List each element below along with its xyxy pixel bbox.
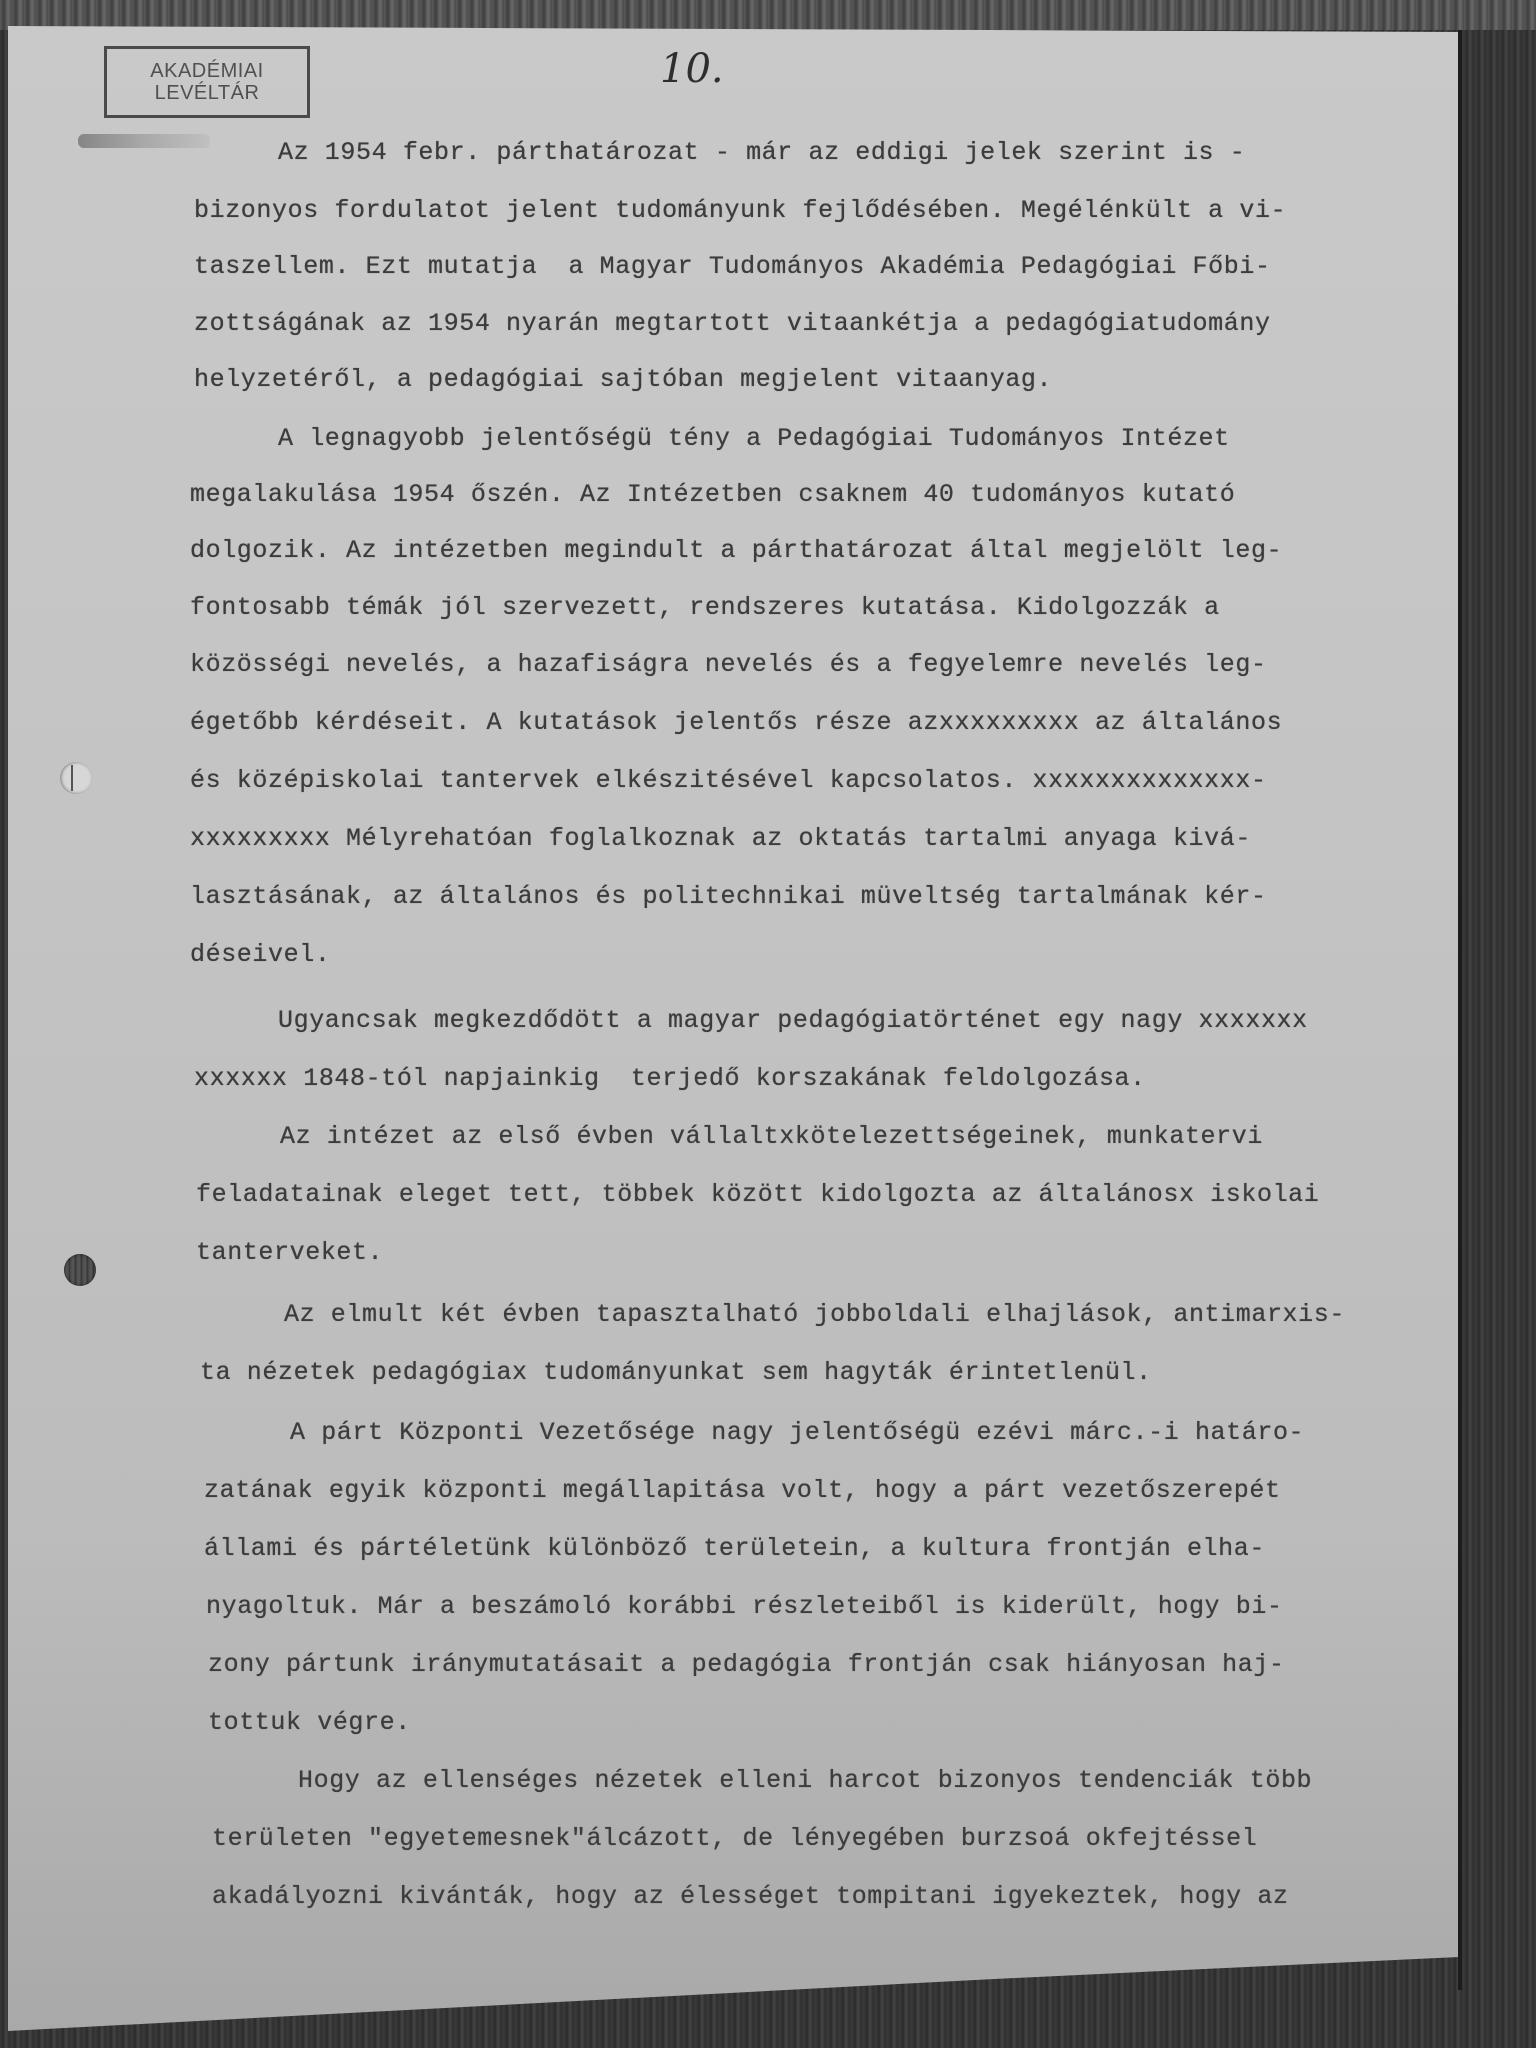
text-line: dolgozik. Az intézetben megindult a párt… bbox=[190, 536, 1282, 565]
text-line: akadályozni kivánták, hogy az élességet … bbox=[212, 1882, 1289, 1911]
text-line: égetőbb kérdéseit. A kutatások jelentős … bbox=[190, 708, 1282, 737]
text-line: déseivel. bbox=[190, 940, 330, 969]
text-line: és középiskolai tantervek elkészitésével… bbox=[190, 766, 1267, 795]
text-line: helyzetéről, a pedagógiai sajtóban megje… bbox=[194, 365, 1052, 394]
text-line: közösségi nevelés, a hazafiságra nevelés… bbox=[190, 650, 1267, 679]
text-line: zottságának az 1954 nyarán megtartott vi… bbox=[194, 309, 1271, 338]
text-line: A legnagyobb jelentőségü tény a Pedagógi… bbox=[278, 424, 1230, 453]
text-line: Hogy az ellenséges nézetek elleni harcot… bbox=[298, 1766, 1312, 1795]
text-line: Ugyancsak megkezdődött a magyar pedagógi… bbox=[278, 1006, 1308, 1035]
text-line: A párt Központi Vezetősége nagy jelentős… bbox=[290, 1418, 1304, 1447]
text-line: lasztásának, az általános és politechnik… bbox=[190, 882, 1267, 911]
text-line: Az intézet az első évben vállaltxkötelez… bbox=[280, 1122, 1263, 1151]
text-line: megalakulása 1954 őszén. Az Intézetben c… bbox=[190, 480, 1235, 509]
text-line: tottuk végre. bbox=[208, 1708, 411, 1737]
text-line: taszellem. Ezt mutatja a Magyar Tudomány… bbox=[194, 252, 1271, 281]
text-line: nyagoltuk. Már a beszámoló korábbi részl… bbox=[206, 1592, 1283, 1621]
typed-text-body: Az 1954 febr. párthatározat - már az edd… bbox=[0, 0, 1536, 2048]
text-line: zatának egyik központi megállapitása vol… bbox=[204, 1476, 1281, 1505]
text-line: Az elmult két évben tapasztalható jobbol… bbox=[284, 1300, 1345, 1329]
text-line: xxxxxx 1848-tól napjainkig terjedő korsz… bbox=[194, 1064, 1146, 1093]
text-line: területen "egyetemesnek"álcázott, de lén… bbox=[212, 1824, 1257, 1853]
text-line: ta nézetek pedagógiax tudományunkat sem … bbox=[200, 1358, 1152, 1387]
text-line: állami és pártéletünk különböző területe… bbox=[204, 1534, 1265, 1563]
text-line: tanterveket. bbox=[196, 1238, 383, 1267]
text-line: zony pártunk iránymutatásait a pedagógia… bbox=[208, 1650, 1285, 1679]
text-line: Az 1954 febr. párthatározat - már az edd… bbox=[278, 138, 1245, 167]
text-line: xxxxxxxxx Mélyrehatóan foglalkoznak az o… bbox=[190, 824, 1251, 853]
text-line: feladatainak eleget tett, többek között … bbox=[196, 1180, 1319, 1209]
text-line: bizonyos fordulatot jelent tudományunk f… bbox=[194, 196, 1286, 225]
text-line: fontosabb témák jól szervezett, rendszer… bbox=[190, 593, 1220, 622]
